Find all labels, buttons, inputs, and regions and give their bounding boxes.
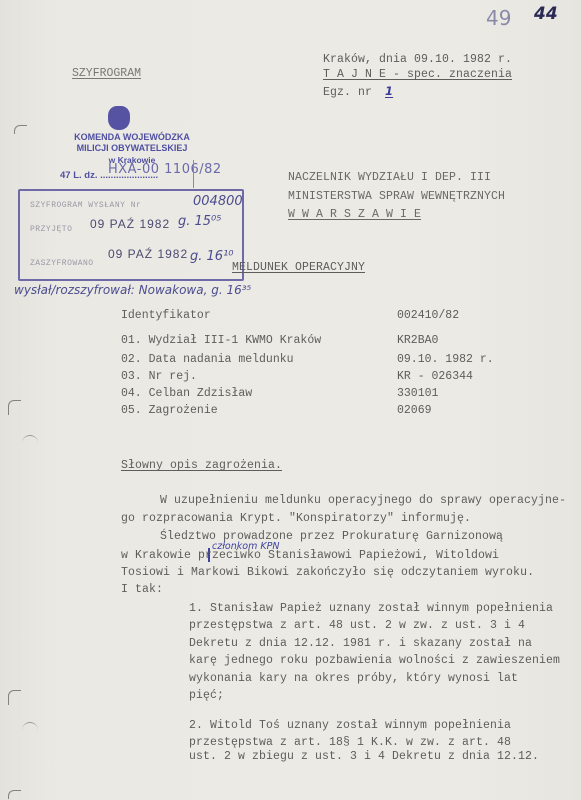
page-number-ink: 44 — [534, 4, 558, 24]
item1-line: 1. Stanisław Papież uznany został winnym… — [189, 602, 553, 615]
body-line: go rozpracowania Krypt. "Konspiratorzy" … — [121, 512, 471, 525]
cipher-handwritten-note: wysłał/rozszyfrował: Nowakowa, g. 16³⁵ — [14, 283, 251, 297]
binder-mark-icon — [22, 722, 38, 731]
cipher-row2-label: PRZYJĘTO — [30, 225, 72, 234]
field-label: 04. Celban Zdzisław — [121, 387, 252, 400]
doc-type: SZYFROGRAM — [72, 67, 141, 80]
classification: T A J N E — [323, 68, 386, 81]
addressee-line2: MINISTERSTWA SPRAW WEWNĘTRZNYCH — [288, 190, 505, 203]
field-value: 330101 — [397, 387, 438, 400]
cipher-row1-label: SZYFROGRAM WYSŁANY Nr — [30, 201, 141, 210]
copy-number: 1 — [379, 84, 403, 98]
stamp-kwmo-line1: KOMENDA WOJEWÓDZKA — [62, 132, 202, 142]
place-date: Kraków, dnia 09.10. 1982 r. — [323, 53, 512, 66]
body-line: W uzupełnieniu meldunku operacyjnego do … — [160, 494, 566, 507]
field-value: 002410/82 — [397, 309, 459, 322]
addressee-line1: NACZELNIK WYDZIAŁU I DEP. III — [288, 171, 491, 184]
field-value: 02069 — [397, 404, 432, 417]
page-number-pencil: 49 — [486, 6, 511, 30]
section-heading: Słowny opis zagrożenia. — [121, 459, 282, 472]
item1-line: pięć; — [189, 689, 224, 702]
item1-line: przestępstwa z art. 48 ust. 2 w zw. z us… — [189, 619, 525, 632]
copy-label: Egz. nr — [323, 86, 372, 99]
binder-mark-icon — [8, 400, 21, 415]
binder-mark-icon — [14, 125, 27, 134]
cipher-row3-date: 09 PAŹ 1982 — [108, 247, 188, 261]
binder-mark-icon — [8, 790, 21, 799]
cipher-row2-time: g. 15⁰⁵ — [178, 214, 221, 229]
item2-line: ust. 2 w zbiegu z ust. 3 i 4 Dekretu z d… — [189, 750, 539, 763]
item1-line: Dekretu z dnia 12.12. 1981 r. i skazany … — [189, 637, 532, 650]
item2-line: przestępstwa z art. 18§ 1 K.K. w zw. z a… — [189, 736, 511, 749]
cipher-row1-value: 004800 — [193, 194, 243, 209]
field-value: 09.10. 1982 r. — [397, 353, 494, 366]
cipher-row3-time: g. 16¹⁰ — [190, 249, 233, 264]
item2-line: 2. Witold Toś uznany został winnym popeł… — [189, 719, 511, 732]
report-title: MELDUNEK OPERACYJNY — [232, 261, 365, 274]
eagle-emblem-icon — [108, 106, 130, 130]
field-value: KR2BA0 — [397, 334, 438, 347]
item1-line: karę jednego roku pozbawienia wolności z… — [189, 654, 560, 667]
body-line: Tosiowi i Markowi Bikowi zakończyło się … — [121, 566, 534, 579]
addressee-line3: W W A R S Z A W I E — [288, 208, 421, 221]
classification-line: T A J N E - spec. znaczenia — [323, 68, 512, 81]
field-label: 03. Nr rej. — [121, 370, 197, 383]
copy-number-line: Egz. nr 1 — [323, 84, 403, 99]
stamp-divider — [193, 160, 194, 188]
body-line: w Krakowie przeciwko Stanisławowi Papież… — [121, 549, 499, 562]
stamp-kwmo-line2: MILICJI OBYWATELSKIEJ — [62, 143, 202, 153]
stamp-kwmo-ref-handwritten: HXA-00 1106/82 — [108, 162, 222, 177]
classification-suffix: - spec. znaczenia — [386, 68, 512, 81]
cipher-row3-label: ZASZYFROWANO — [30, 259, 94, 268]
field-label: Identyfikator — [121, 309, 211, 322]
item1-line: wykonania kary na okres próby, który wyn… — [189, 672, 518, 685]
field-label: 01. Wydział III-1 KWMO Kraków — [121, 334, 321, 347]
binder-mark-icon — [8, 690, 21, 705]
field-label: 05. Zagrożenie — [121, 404, 218, 417]
binder-mark-icon — [22, 435, 38, 444]
document-page: 49 44 SZYFROGRAM Kraków, dnia 09.10. 198… — [0, 0, 581, 800]
field-label: 02. Data nadania meldunku — [121, 353, 294, 366]
cipher-row2-date: 09 PAŹ 1982 — [90, 217, 170, 231]
field-value: KR - 026344 — [397, 370, 473, 383]
body-line: I tak: — [121, 583, 163, 596]
